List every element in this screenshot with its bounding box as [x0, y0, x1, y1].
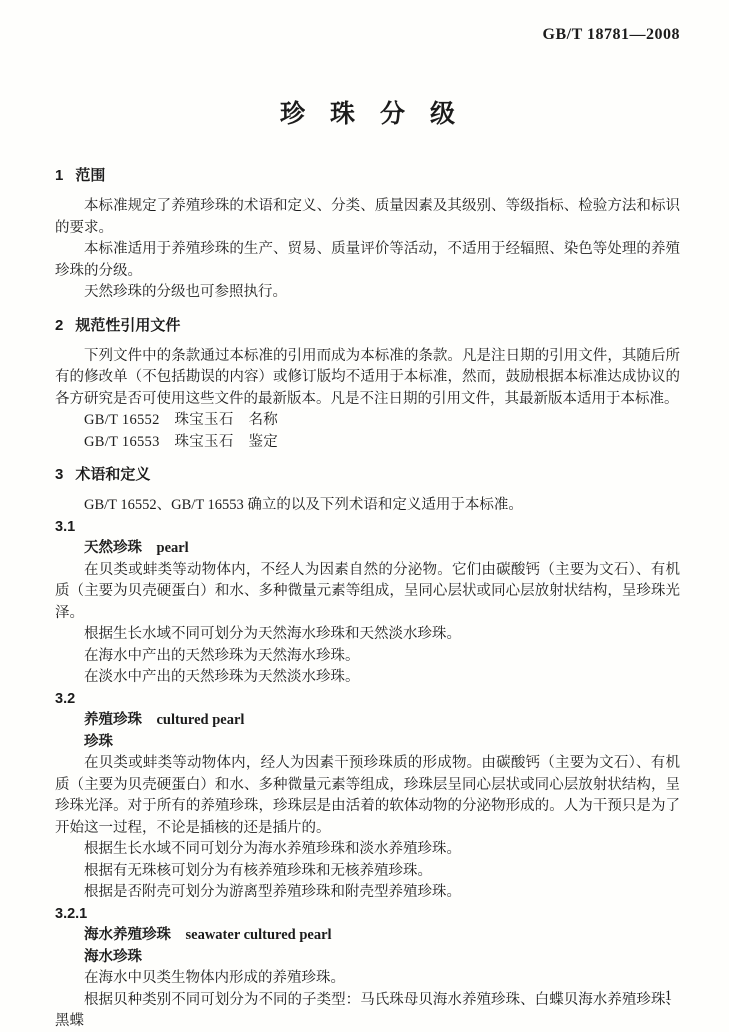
- paragraph: 下列文件中的条款通过本标准的引用而成为本标准的条款。凡是注日期的引用文件，其随后…: [55, 346, 680, 411]
- normative-reference: GB/T 16553 珠宝玉石 鉴定: [55, 432, 680, 454]
- section-2-body: 下列文件中的条款通过本标准的引用而成为本标准的条款。凡是注日期的引用文件，其随后…: [55, 346, 680, 454]
- clause-number-3-2-1: 3.2.1: [55, 904, 680, 926]
- standard-code: GB/T 18781—2008: [55, 24, 680, 46]
- section-1-body: 本标准规定了养殖珍珠的术语和定义、分类、质量因素及其级别、等级指标、检验方法和标…: [55, 196, 680, 304]
- paragraph: 根据生长水域不同可划分为海水养殖珍珠和淡水养殖珍珠。: [55, 839, 680, 861]
- term-alias: 海水珍珠: [55, 947, 680, 969]
- term-chinese: 养殖珍珠: [84, 712, 142, 728]
- term-chinese: 海水养殖珍珠: [84, 927, 171, 943]
- document-title: 珍 珠 分 级: [55, 100, 680, 130]
- normative-reference: GB/T 16552 珠宝玉石 名称: [55, 410, 680, 432]
- term-line: 养殖珍珠cultured pearl: [55, 710, 680, 732]
- clause-number-3-2: 3.2: [55, 689, 680, 711]
- paragraph: 在贝类或蚌类等动物体内，不经人为因素自然的分泌物。它们由碳酸钙（主要为文石）、有…: [55, 560, 680, 625]
- section-3-heading: 3术语和定义: [55, 465, 680, 485]
- section-3-body: GB/T 16552、GB/T 16553 确立的以及下列术语和定义适用于本标准…: [55, 495, 680, 1032]
- clause-number-3-1: 3.1: [55, 517, 680, 539]
- paragraph: 在海水中贝类生物体内形成的养殖珍珠。: [55, 968, 680, 990]
- section-2-number: 2: [55, 317, 63, 334]
- page-number: 1: [665, 988, 673, 1004]
- term-english: cultured pearl: [157, 712, 245, 728]
- term-line: 海水养殖珍珠seawater cultured pearl: [55, 925, 680, 947]
- paragraph: 本标准适用于养殖珍珠的生产、贸易、质量评价等活动，不适用于经辐照、染色等处理的养…: [55, 239, 680, 282]
- term-english: pearl: [157, 540, 189, 556]
- section-2-title: 规范性引用文件: [75, 317, 180, 334]
- section-1-heading: 1范围: [55, 166, 680, 186]
- paragraph: 根据有无珠核可划分为有核养殖珍珠和无核养殖珍珠。: [55, 861, 680, 883]
- paragraph: GB/T 16552、GB/T 16553 确立的以及下列术语和定义适用于本标准…: [55, 495, 680, 517]
- term-line: 天然珍珠pearl: [55, 538, 680, 560]
- term-alias: 珍珠: [55, 732, 680, 754]
- paragraph: 在贝类或蚌类等动物体内，经人为因素干预珍珠质的形成物。由碳酸钙（主要为文石）、有…: [55, 753, 680, 839]
- paragraph: 本标准规定了养殖珍珠的术语和定义、分类、质量因素及其级别、等级指标、检验方法和标…: [55, 196, 680, 239]
- term-english: seawater cultured pearl: [186, 927, 332, 943]
- page-content: GB/T 18781—2008 珍 珠 分 级 1范围 本标准规定了养殖珍珠的术…: [0, 0, 729, 1032]
- paragraph: 在海水中产出的天然珍珠为天然海水珍珠。: [55, 646, 680, 668]
- term-chinese: 天然珍珠: [84, 540, 142, 556]
- paragraph: 根据贝种类别不同可划分为不同的子类型：马氏珠母贝海水养殖珍珠、白蝶贝海水养殖珍珠…: [55, 990, 680, 1032]
- document-page: GB/T 18781—2008 珍 珠 分 级 1范围 本标准规定了养殖珍珠的术…: [0, 0, 729, 1032]
- paragraph: 在淡水中产出的天然珍珠为天然淡水珍珠。: [55, 667, 680, 689]
- paragraph: 根据是否附壳可划分为游离型养殖珍珠和附壳型养殖珍珠。: [55, 882, 680, 904]
- paragraph: 根据生长水域不同可划分为天然海水珍珠和天然淡水珍珠。: [55, 624, 680, 646]
- section-3-number: 3: [55, 466, 63, 483]
- paragraph: 天然珍珠的分级也可参照执行。: [55, 282, 680, 304]
- section-3-title: 术语和定义: [75, 466, 150, 483]
- section-1-title: 范围: [75, 167, 105, 184]
- section-2-heading: 2规范性引用文件: [55, 316, 680, 336]
- section-1-number: 1: [55, 167, 63, 184]
